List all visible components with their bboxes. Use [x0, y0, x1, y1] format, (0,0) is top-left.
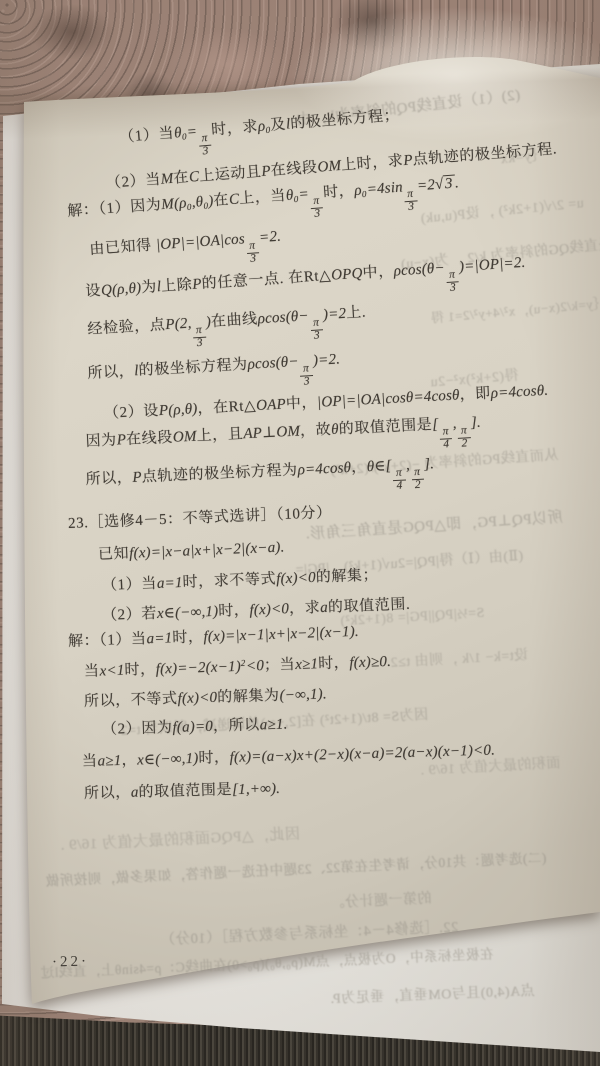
photo-of-exam-solution-page: (2)（1）设直线PQ的斜率为k，由｛y=kxu= 2/√(1+2k²) ，设P… — [0, 0, 600, 1066]
page-number: ·22· — [52, 953, 89, 971]
